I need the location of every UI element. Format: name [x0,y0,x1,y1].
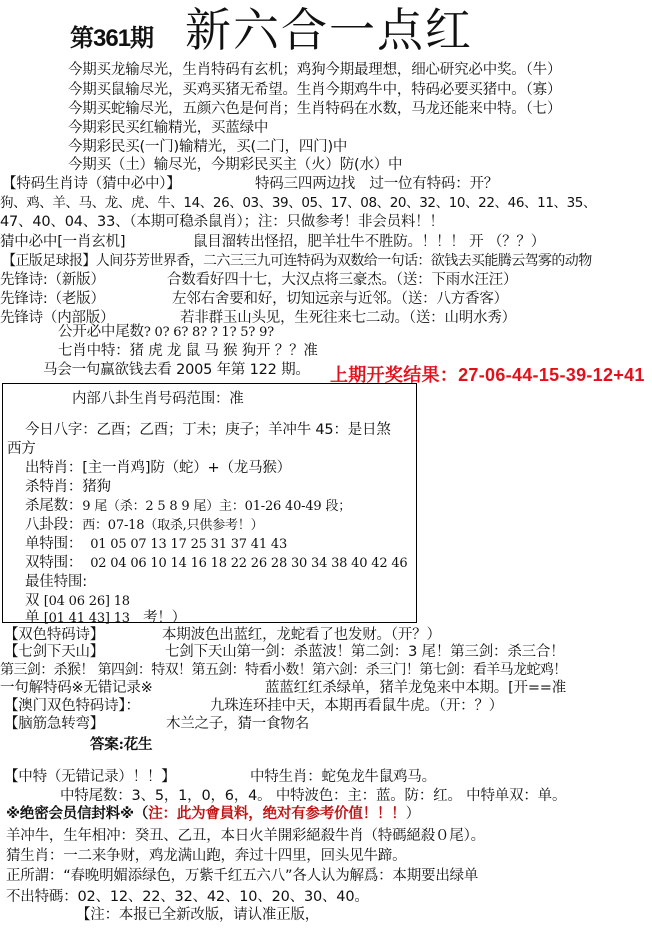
last-draw-value: 27-06-44-15-39-12+41 [458,365,645,385]
swords-line: 第三剑：杀猴！ 第四剑：特双！第五剑：特看小数！第六剑：杀三门！第七剑：看羊马龙… [0,660,567,680]
one-line-label: 一句解特码※无错记录※ [0,678,153,698]
bottom-line-3: 正所謂：“春晚明媚添绿色，万紫千红五六八”各人认为解爲：本期要出绿单 [6,866,478,886]
riddle-label: 【脑筋急转弯】 [4,714,104,734]
box-row-best: 最佳特围: [25,572,87,592]
macau-label: 【澳门双色特码诗】： [4,696,140,716]
intro-line-2: 今期买鼠输尽光，买鸡买猪无希望。生肖今期鸡牛中，特码必要买猪中。（寡） [68,80,561,100]
guess-text: 鼠目溜转出怪招，肥羊壮牛不胜防。！！！ 开 （？？） [193,232,545,252]
seven-zodiac: 七肖中特：猪 虎 龙 鼠 马 猴 狗开 ？？准 [58,341,318,361]
intro-line-1: 今期买龙输尽光，生肖特码有玄机；鸡狗今期最理想，细心研究必中奖。（牛） [68,60,561,80]
buy-line-3: 今期买（土）输尽光，今期彩民买主（火）防(水）中 [68,155,402,175]
vip-close: ） [406,806,420,822]
vip-label: ※绝密会员信封料※（ [6,806,148,822]
horse-club-line: 马会一句赢欲钱去看 2005 年第 122 期。 [43,360,310,380]
page-title: 新六合一点红 [185,0,473,60]
zhongte-label: 【中特（无错记录）！！】 [4,767,176,787]
footer-note: 【注：本报已全新改版，请认准正版， [76,905,319,925]
best-single-suffix: 考！） [143,610,186,626]
row-value: 西：07-18（取杀,只供参考！） [82,518,263,533]
pioneer-text-2: 左邻右舍要和好，切知远亲与近邻。（送：八方香客） [172,289,508,309]
pioneer-label-1: 先锋诗:（新版） [0,270,105,290]
bottom-line-2: 猜生肖：一二来争财，鸡龙满山跑，奔过十四里，回头见牛蹄。 [6,846,406,866]
bazi-line-2: 西方 [7,439,36,459]
vip-line: ※绝密会员信封料※（注：此为會員料，绝对有参考价值！！！） [6,804,420,824]
zhongte-details: 中特尾数：3、5，1，0，6，4。 中特波色：主：蓝。防：红。 中特单双：单。 [60,786,566,806]
best-single-value: [01 41 43] 13 [44,611,130,626]
poem-section-text: 特码三四两边找 过一位有特码：开？ [255,174,498,194]
row-label: 单特围： [25,536,82,552]
issue-number: 第361期 [70,18,153,53]
football-line: 【正版足球报】人间芬芳世界香，二六三三九可连特码为双数给一句话：欲钱去买能腾云驾… [2,251,592,271]
zhongte-zodiac: 中特生肖：蛇兔龙牛鼠鸡马。 [250,767,436,787]
row-value: 02 04 06 10 14 16 18 22 26 28 30 34 38 4… [90,556,407,571]
buy-line-2: 今期彩民买(一门)输精光，买(二门，四门)中 [68,137,347,157]
tail-numbers-label: 公开必中尾数 [58,324,144,340]
best-double-value: [04 06 26] 18 [44,594,130,609]
box-row-single: 单特围：01 05 07 13 17 25 31 37 41 43 [25,534,287,555]
row-label: 杀特肖： [25,479,82,495]
seven-swords-label: 【七剑下天山】 [4,642,104,662]
pioneer-label-2: 先锋诗:（老版） [0,289,105,309]
last-draw-label: 上期开奖结果： [330,365,458,385]
box-row-double: 双特围：02 04 06 10 14 16 18 22 26 28 30 34 … [25,553,407,574]
riddle-answer: 答案:花生 [90,735,152,755]
row-value: [主一肖鸡]防（蛇）+（龙马猴） [82,460,291,476]
best-single-label: 单 [25,610,39,626]
box-row-kill-tail: 杀尾数：9 尾（杀：2 5 8 9 尾）主：01-26 40-49 段； [25,496,351,517]
intro-line-3: 今期买蛇输尽光，五颜六色是何肖；生肖特码在水数，马龙还能来中特。（七） [68,99,561,119]
row-label: 双特围： [25,555,82,571]
box-row-shate: 杀特肖：猪狗 [25,477,111,497]
box-row-chute: 出特肖：[主一肖鸡]防（蛇）+（龙马猴） [25,458,291,478]
bazi-line-1: 今日八字：乙酉；乙酉；丁未；庚子；羊冲牛 45：是日煞 [25,420,391,440]
box-row-bagua: 八卦段：西：07-18（取杀,只供参考！） [25,515,263,536]
buy-line-1: 今期彩民买红输精光，买蓝绿中 [68,118,268,138]
macau-text: 九珠连环挂中天，本期再看鼠牛虎。（开：？） [210,696,503,716]
seven-swords-text: 七剑下天山第一剑：杀蓝波！第二剑：3 尾！第三剑：杀三合！ [165,642,565,662]
bottom-line-1: 羊冲牛，生年相冲：癸丑、乙丑，本日火羊開彩絕殺牛肖（特碼絕殺０尾）。 [6,826,485,846]
row-label: 八卦段： [25,517,82,533]
tail-numbers-value: ? 0? 6? 8? ? 1? 5? 9? [144,325,274,340]
row-label: 出特肖： [25,460,82,476]
row-label: 杀尾数： [25,498,82,514]
box-heading: 内部八卦生肖号码范围：准 [72,389,244,409]
row-value: 01 05 07 13 17 25 31 37 41 43 [90,537,287,552]
poem-list-line-2: 47、40、04、33、（本期可稳杀鼠肖）；注：只做参考！非会员料！！ [0,212,444,232]
vip-note: 注：此为會員料，绝对有参考价值！！！ [148,806,405,822]
bottom-line-4: 不出特碼：02、12、22、32、42、10、20、30、40。 [6,887,369,907]
riddle-text: 木兰之子，猜一食物名 [166,714,309,734]
tail-numbers: 公开必中尾数? 0? 6? 8? ? 1? 5? 9? [58,322,274,343]
one-line-text: 蓝蓝红红杀绿单，猪羊龙兔来中本期。[开==准 [265,678,566,698]
row-value: 9 尾（杀：2 5 8 9 尾）主：01-26 40-49 段； [82,499,351,514]
poem-section-label: 【特码生肖诗（猜中必中）】 [2,174,181,194]
poem-list-line-1: 狗、鸡、羊、马、龙、虎、牛、14、26、03、39、05、17、08、20、32… [0,193,596,213]
guess-label: 猜中必中[一肖玄机] [0,232,125,252]
pioneer-text-1: 合数看好四十七，大汉点将三豪杰。（送：下雨水汪汪） [167,270,517,290]
best-double-label: 双 [25,593,39,609]
row-value: 猪狗 [82,479,111,495]
